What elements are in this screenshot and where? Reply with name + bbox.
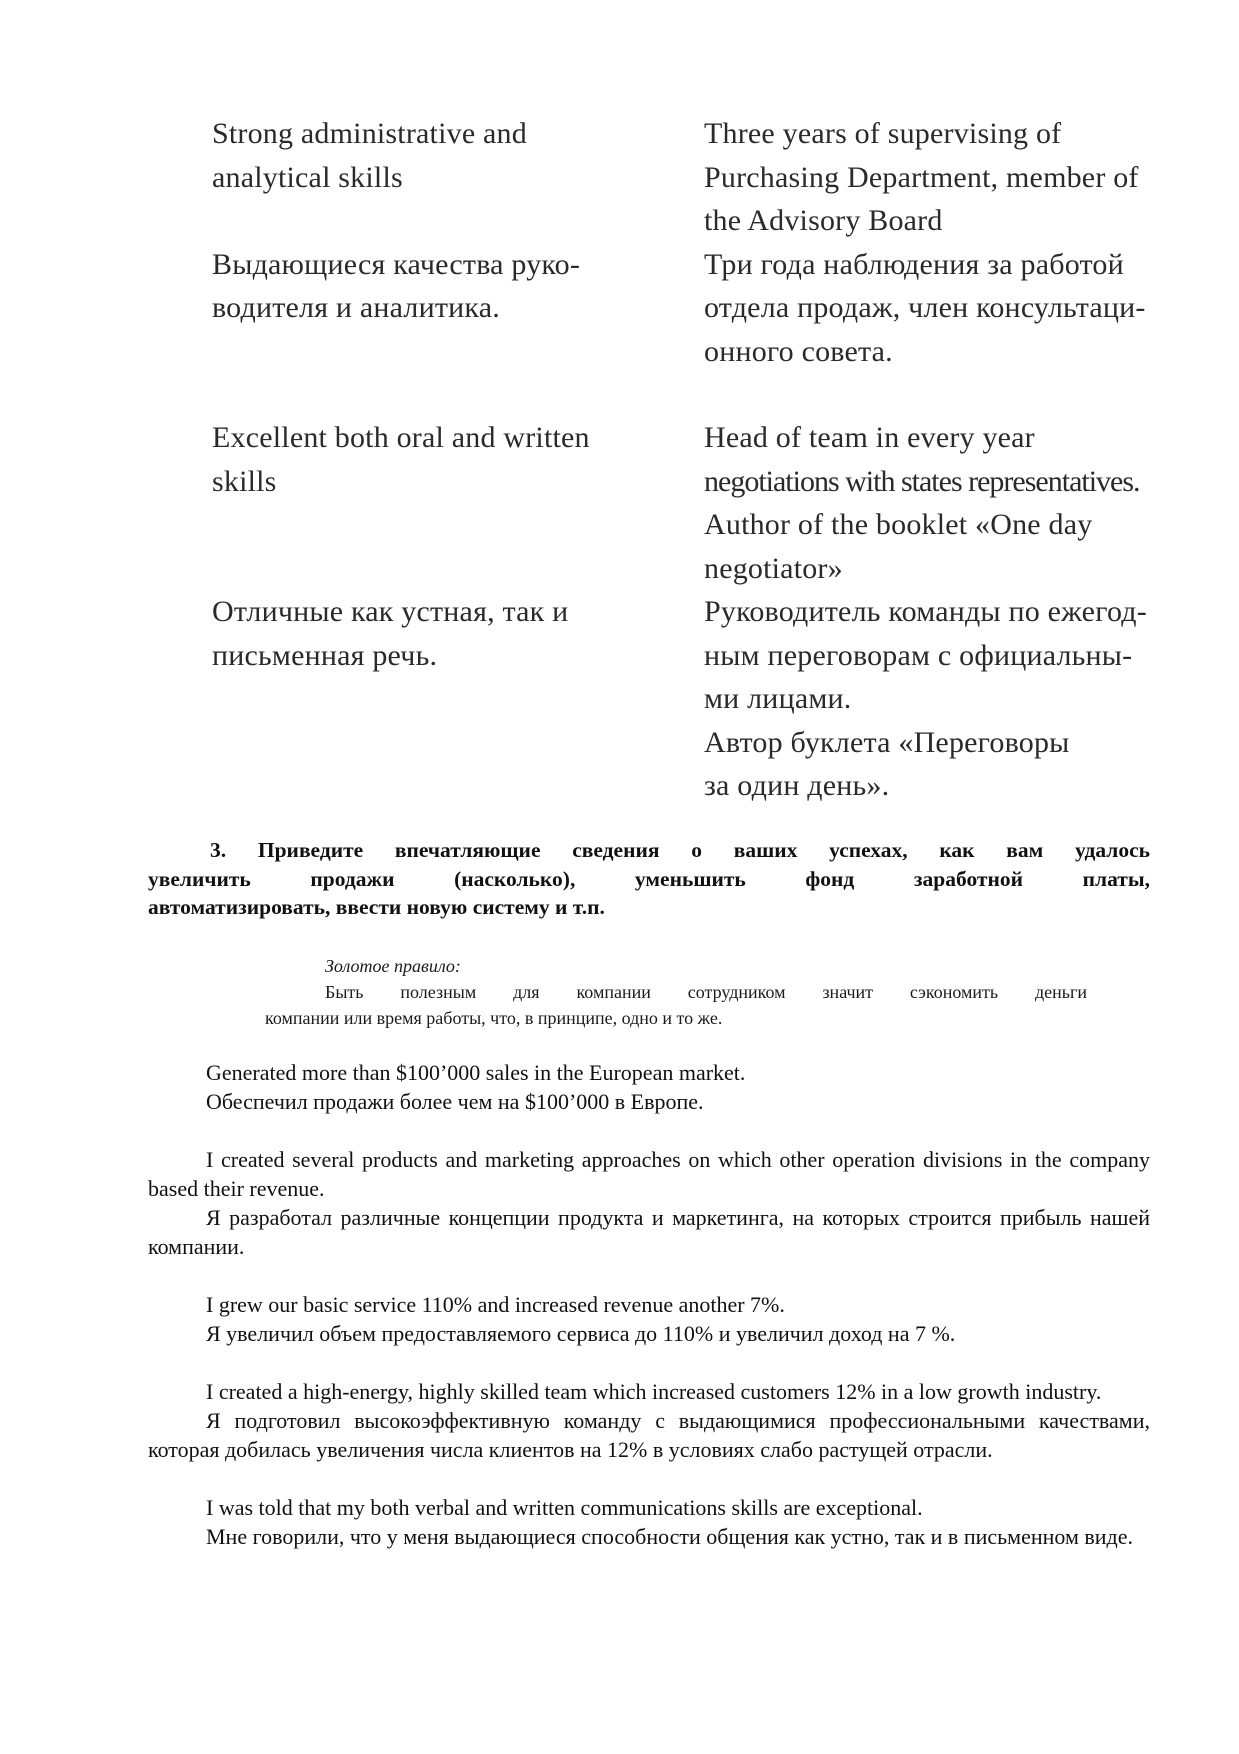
achievement-en: I grew our basic service 110% and increa… — [148, 1290, 1150, 1319]
skill-cell: Strong administrative and analytical ski… — [212, 112, 704, 373]
evidence-cell: Three years of supervising of Purchasing… — [704, 112, 1204, 373]
skills-table: Strong administrative and analytical ski… — [212, 112, 1212, 808]
evidence-en-line: Purchasing Department, member of — [704, 156, 1204, 200]
question-line: 3. Приведите впечатляющие сведения о ваш… — [148, 836, 1150, 865]
evidence-ru-line: Руководитель команды по ежегод- — [704, 590, 1204, 634]
achievement-item: I created a high-energy, highly skilled … — [148, 1377, 1150, 1464]
skill-cell: Excellent both oral and written skills О… — [212, 416, 704, 808]
question-line: увеличить продажи (насколько), уменьшить… — [148, 865, 1150, 894]
evidence-ru-line: за один день». — [704, 764, 1204, 808]
spacer — [212, 199, 704, 243]
skill-en-line: analytical skills — [212, 156, 704, 200]
achievement-ru: Обеспечил продажи более чем на $100’000 … — [148, 1087, 1150, 1116]
golden-rule-box: Золотое правило: Быть полезным для компа… — [265, 953, 1087, 1031]
evidence-en-line: the Advisory Board — [704, 199, 1204, 243]
skill-en-line: Excellent both oral and written — [212, 416, 704, 460]
skills-row: Strong administrative and analytical ski… — [212, 112, 1212, 373]
evidence-cell: Head of team in every year negotiations … — [704, 416, 1204, 808]
evidence-ru-line: Автор буклета «Переговоры — [704, 721, 1204, 765]
evidence-ru-line: ми лицами. — [704, 677, 1204, 721]
evidence-ru-line: ным переговорам с официальны- — [704, 634, 1204, 678]
row-gap — [212, 373, 1212, 416]
golden-rule-title: Золотое правило: — [325, 953, 1087, 979]
skill-ru-line: Выдающиеся качества руко- — [212, 243, 704, 287]
skills-row: Excellent both oral and written skills О… — [212, 416, 1212, 808]
evidence-en-line: Three years of supervising of — [704, 112, 1204, 156]
skill-en-line: skills — [212, 460, 704, 504]
achievement-ru: Мне говорили, что у меня выдающиеся спос… — [148, 1522, 1150, 1551]
achievement-item: Generated more than $100’000 sales in th… — [148, 1058, 1150, 1116]
achievements-list: Generated more than $100’000 sales in th… — [148, 1058, 1150, 1580]
evidence-en-line: Author of the booklet «One day — [704, 503, 1204, 547]
skill-ru-line: Отличные как устная, так и — [212, 590, 704, 634]
evidence-en-line: negotiations with states representatives… — [704, 460, 1204, 504]
spacer — [212, 503, 704, 547]
golden-rule-line: компании или время работы, что, в принци… — [265, 1005, 1087, 1031]
section-question-3: 3. Приведите впечатляющие сведения о ваш… — [148, 836, 1150, 922]
achievement-en: I created several products and marketing… — [148, 1145, 1150, 1203]
skill-ru-line: письменная речь. — [212, 634, 704, 678]
skill-en-line: Strong administrative and — [212, 112, 704, 156]
achievement-en: I was told that my both verbal and writt… — [148, 1493, 1150, 1522]
golden-rule-line: Быть полезным для компании сотрудником з… — [325, 979, 1087, 1005]
question-line: автоматизировать, ввести новую систему и… — [148, 893, 1150, 922]
evidence-en-line: Head of team in every year — [704, 416, 1204, 460]
evidence-ru-line: Три года наблюдения за работой — [704, 243, 1204, 287]
achievement-item: I grew our basic service 110% and increa… — [148, 1290, 1150, 1348]
evidence-ru-line: отдела продаж, член консультаци- — [704, 286, 1204, 330]
achievement-ru: Я разработал различные концепции продукт… — [148, 1203, 1150, 1261]
achievement-item: I created several products and marketing… — [148, 1145, 1150, 1261]
achievement-item: I was told that my both verbal and writt… — [148, 1493, 1150, 1551]
achievement-ru: Я подготовил высокоэффективную команду с… — [148, 1406, 1150, 1464]
evidence-ru-line: онного совета. — [704, 330, 1204, 374]
achievement-en: Generated more than $100’000 sales in th… — [148, 1058, 1150, 1087]
evidence-en-line: negotiator» — [704, 547, 1204, 591]
achievement-ru: Я увеличил объем предоставляемого сервис… — [148, 1319, 1150, 1348]
skill-ru-line: водителя и аналитика. — [212, 286, 704, 330]
achievement-en: I created a high-energy, highly skilled … — [148, 1377, 1150, 1406]
golden-rule-text: Быть полезным для компании сотрудником з… — [265, 979, 1087, 1031]
spacer — [212, 547, 704, 591]
